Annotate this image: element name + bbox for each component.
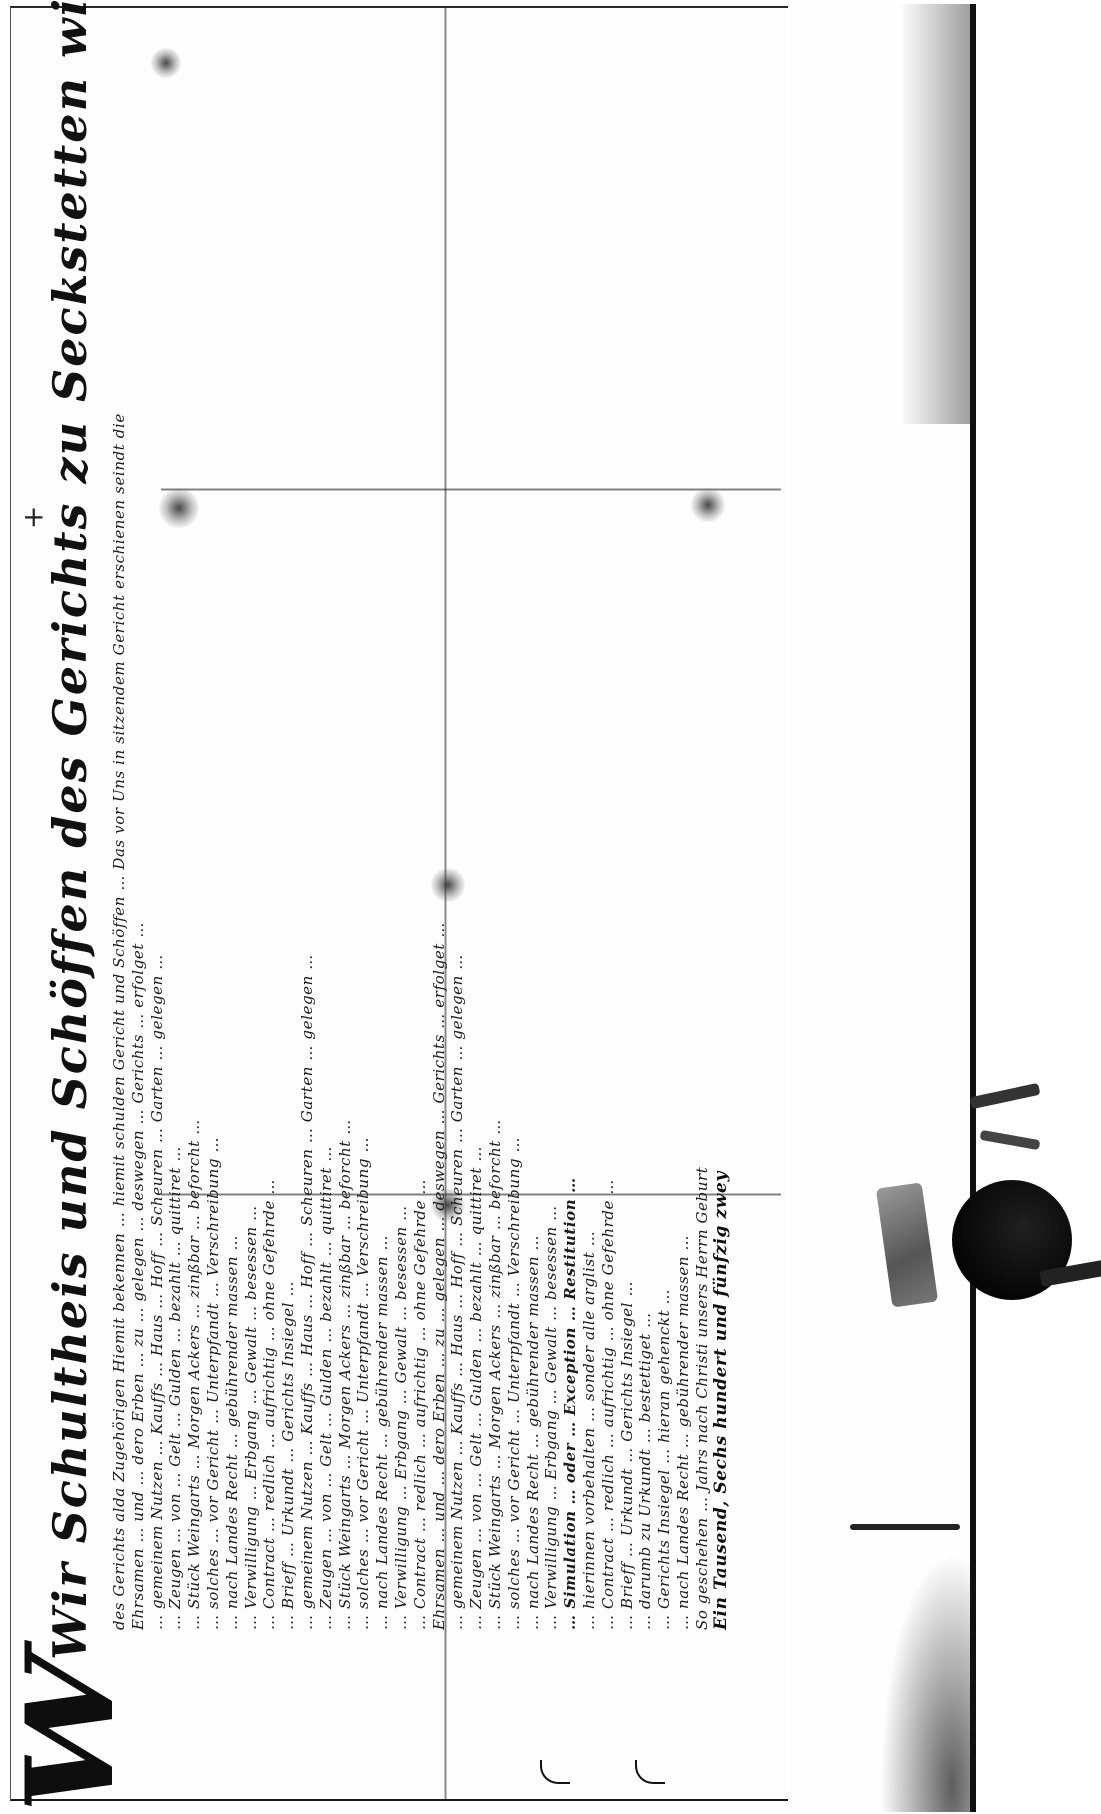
- text-line: … Contract … redlich … aufrichtig … ohne…: [411, 60, 430, 1630]
- text-line: Ehrsamen … und … dero Erben … zu … geleg…: [129, 60, 148, 1630]
- text-line: … Stück Weingarts … Morgen Ackers … zinß…: [185, 60, 204, 1630]
- text-line: … Brieff … Urkundt … Gerichts Insiegel …: [279, 60, 298, 1630]
- text-line: … solches … vor Gericht … Unterpfandt … …: [204, 60, 223, 1630]
- text-line: … Zeugen … von … Gelt … Gulden … bezahlt…: [317, 60, 336, 1630]
- text-line: … Verwilligung … Erbgang … Gewalt … bese…: [542, 60, 561, 1630]
- flap-edge: [970, 4, 976, 1812]
- wax-seal-assembly: [880, 1075, 1080, 1315]
- text-line: … gemeinem Nutzen … Kauffs … Haus … Hoff…: [448, 60, 467, 1630]
- parchment-tag: [876, 1182, 938, 1307]
- text-line: … Verwilligung … Erbgang … Gewalt … bese…: [242, 60, 261, 1630]
- text-line: … Contract … redlich … aufrichtig … ohne…: [599, 60, 618, 1630]
- flap-crease: [850, 1524, 960, 1530]
- text-line: … gemeinem Nutzen … Kauffs … Haus … Hoff…: [148, 60, 167, 1630]
- text-line: So geschehen … Jahrs nach Christi unsers…: [693, 60, 712, 1630]
- text-line: … Zeugen … von … Gelt … Gulden … bezahlt…: [166, 60, 185, 1630]
- decorated-initial: W: [0, 1652, 141, 1814]
- seal-tag-strip: [980, 1130, 1041, 1150]
- seal-tag-strip: [970, 1083, 1041, 1109]
- text-line: … nach Landes Recht … gebührender massen…: [373, 60, 392, 1630]
- text-line: … nach Landes Recht … gebührender massen…: [674, 60, 693, 1630]
- document-heading: Wir Schultheis und Schöffen des Gerichts…: [30, 40, 110, 1780]
- flap-stain: [900, 4, 970, 424]
- text-line: … solches … vor Gericht … Unterpfandt … …: [354, 60, 373, 1630]
- text-line-emphasis: … Simulation … oder … Exception … Restit…: [561, 60, 580, 1630]
- manuscript-text-block: W Wir Schultheis und Schöffen des Gerich…: [30, 40, 790, 1780]
- text-line: … Stück Weingarts … Morgen Ackers … zinß…: [486, 60, 505, 1630]
- text-line: … darumb zu Urkundt … bestettiget …: [636, 60, 655, 1630]
- text-line: … Verwilligung … Erbgang … Gewalt … bese…: [392, 60, 411, 1630]
- text-line: … hierinnen vorbehalten … sonder alle ar…: [580, 60, 599, 1630]
- document-scan: + W Wir Schultheis und Schöffen des Geri…: [0, 0, 1101, 1814]
- text-line: des Gerichts alda Zugehörigen Hiemit bek…: [110, 60, 129, 1630]
- text-line: … Gerichts Insiegel … hieran gehenckt …: [655, 60, 674, 1630]
- text-line: … Stück Weingarts … Morgen Ackers … zinß…: [336, 60, 355, 1630]
- text-line: … gemeinem Nutzen … Kauffs … Haus … Hoff…: [298, 60, 317, 1630]
- date-line: Ein Tausend, Sechs hundert und fünfzig z…: [712, 60, 731, 1630]
- text-line: … Brieff … Urkundt … Gerichts Insiegel …: [618, 60, 637, 1630]
- text-line: … Zeugen … von … Gelt … Gulden … bezahlt…: [467, 60, 486, 1630]
- text-line: … nach Landes Recht … gebührender massen…: [223, 60, 242, 1630]
- folded-flap: [790, 4, 976, 1812]
- body-text: des Gerichts alda Zugehörigen Hiemit bek…: [110, 40, 730, 1780]
- text-line: Ehrsamen … und … dero Erben … zu … geleg…: [430, 60, 449, 1630]
- flap-stain: [880, 1552, 970, 1812]
- text-line: … nach Landes Recht … gebührender massen…: [524, 60, 543, 1630]
- text-line: … Contract … redlich … aufrichtig … ohne…: [260, 60, 279, 1630]
- text-line: … solches … vor Gericht … Unterpfandt … …: [505, 60, 524, 1630]
